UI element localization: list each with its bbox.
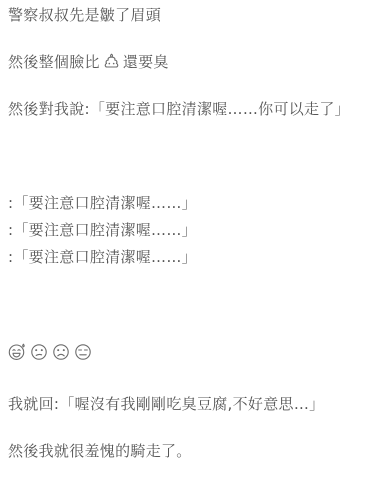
paragraph-1: 警察叔叔先是皺了眉頭 — [8, 2, 381, 29]
smiling-face-with-sweat-icon — [8, 343, 26, 361]
paragraph-3: 然後對我說:「要注意口腔清潔喔……你可以走了」 — [8, 96, 381, 123]
paragraph-7: 然後我就很羞愧的騎走了。 — [8, 438, 381, 465]
quote-line-2: :「要注意口腔清潔喔……」 — [8, 217, 381, 244]
expressionless-face-icon — [74, 343, 92, 361]
empty-line — [8, 291, 381, 318]
paragraph-5-emoji-row — [8, 338, 381, 365]
quote-line-3: :「要注意口腔清潔喔……」 — [8, 244, 381, 271]
quote-line-1: :「要注意口腔清潔喔……」 — [8, 190, 381, 217]
post-body: 警察叔叔先是皺了眉頭 然後整個臉比還要臭 然後對我說:「要注意口腔清潔喔……你可… — [0, 0, 389, 495]
frowning-face-icon — [52, 343, 70, 361]
pile-of-poo-icon — [103, 53, 120, 70]
paragraph-4: :「要注意口腔清潔喔……」 :「要注意口腔清潔喔……」 :「要注意口腔清潔喔……… — [8, 190, 381, 271]
empty-line — [8, 143, 381, 170]
paragraph-6: 我就回:「喔沒有我剛剛吃臭豆腐,不好意思…」 — [8, 391, 381, 418]
paragraph-2-text-before: 然後整個臉比 — [8, 53, 100, 71]
paragraph-2-text-after: 還要臭 — [123, 53, 169, 71]
paragraph-2: 然後整個臉比還要臭 — [8, 49, 381, 76]
confused-face-icon — [30, 343, 48, 361]
